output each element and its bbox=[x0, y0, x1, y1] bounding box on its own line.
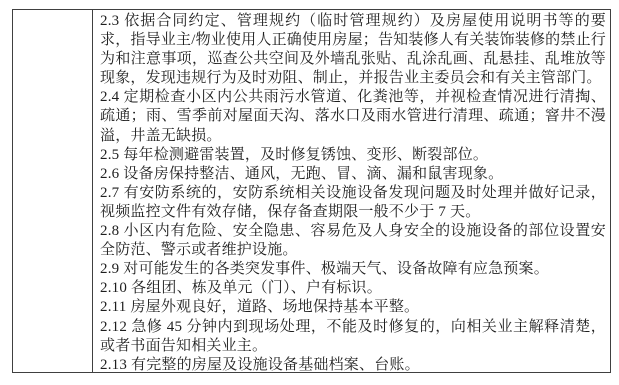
requirement-item-2-11: 2.11 房屋外观良好，道路、场地保持基本平整。 bbox=[100, 298, 606, 317]
requirement-item-2-13: 2.13 有完整的房屋及设施设备基础档案、台账。 bbox=[100, 356, 606, 372]
requirement-item-2-5: 2.5 每年检测避雷装置，及时修复锈蚀、变形、断裂部位。 bbox=[100, 146, 606, 165]
requirement-item-2-7: 2.7 有安防系统的，安防系统相关设施设备发现问题及时处理并做好记录，视频监控文… bbox=[100, 184, 606, 222]
requirement-item-2-10: 2.10 各组团、栋及单元（门）、户有标识。 bbox=[100, 279, 606, 298]
requirement-item-2-8: 2.8 小区内有危险、安全隐患、容易危及人身安全的设施设备的部位设置安全防范、警… bbox=[100, 222, 606, 260]
requirements-table: 2.3 依据合同约定、管理规约（临时管理规约）及房屋使用说明书等的要求，指导业主… bbox=[12, 9, 611, 373]
requirement-item-2-12: 2.12 急修 45 分钟内到现场处理，不能及时修复的，向相关业主解释清楚，或者… bbox=[100, 318, 606, 356]
table-left-cell-empty bbox=[13, 10, 93, 372]
requirement-item-2-3: 2.3 依据合同约定、管理规约（临时管理规约）及房屋使用说明书等的要求，指导业主… bbox=[100, 12, 606, 88]
table-content-cell: 2.3 依据合同约定、管理规约（临时管理规约）及房屋使用说明书等的要求，指导业主… bbox=[93, 10, 610, 372]
requirement-item-2-4: 2.4 定期检查小区内公共雨污水管道、化粪池等，并视检查情况进行清掏、疏通；雨、… bbox=[100, 88, 606, 145]
requirement-item-2-9: 2.9 对可能发生的各类突发事件、极端天气、设备故障有应急预案。 bbox=[100, 260, 606, 279]
document-page: 2.3 依据合同约定、管理规约（临时管理规约）及房屋使用说明书等的要求，指导业主… bbox=[0, 0, 619, 385]
requirement-item-2-6: 2.6 设备房保持整洁、通风，无跑、冒、滴、漏和鼠害现象。 bbox=[100, 165, 606, 184]
